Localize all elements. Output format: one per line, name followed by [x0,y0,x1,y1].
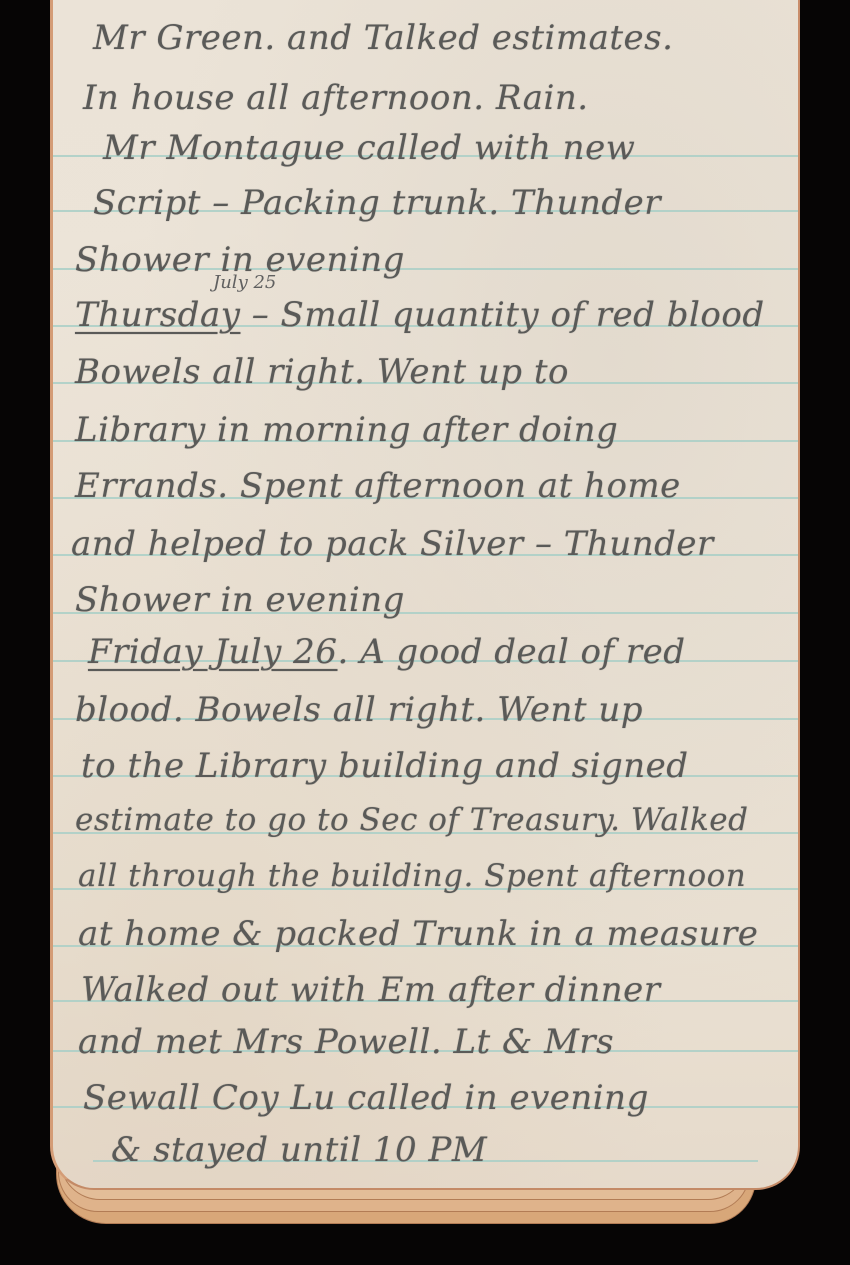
diary-line: Script – Packing trunk. Thunder [93,183,661,223]
diary-line-friday: Friday July 26. A good deal of red [88,632,686,672]
notebook-page: Mr Green. and Talked estimates. In house… [50,0,800,1190]
diary-line: all through the building. Spent afternoo… [78,858,746,894]
diary-line: Walked out with Em after dinner [81,970,661,1010]
diary-line: and met Mrs Powell. Lt & Mrs [78,1022,614,1062]
diary-line: & stayed until 10 PM [111,1130,487,1170]
diary-line-thursday: Thursday – Small quantity of red blood [75,295,765,335]
date-annotation: July 25 [213,272,276,293]
diary-line: Library in morning after doing [75,410,618,450]
scan-background: Mr Green. and Talked estimates. In house… [0,0,850,1265]
diary-line: Bowels all right. Went up to [75,352,569,392]
diary-line: at home & packed Trunk in a measure [78,914,758,954]
diary-line: In house all afternoon. Rain. [83,78,589,118]
diary-line: Errands. Spent afternoon at home [75,466,681,506]
diary-line: to the Library building and signed [81,746,689,786]
diary-line: Sewall Coy Lu called in evening [83,1078,649,1118]
diary-line: Mr Green. and Talked estimates. [93,18,673,58]
diary-line: Mr Montague called with new [103,128,635,168]
diary-line: and helped to pack Silver – Thunder [71,524,714,564]
diary-line: blood. Bowels all right. Went up [75,690,643,730]
diary-line: Shower in evening [75,580,405,620]
diary-line: estimate to go to Sec of Treasury. Walke… [75,802,748,838]
